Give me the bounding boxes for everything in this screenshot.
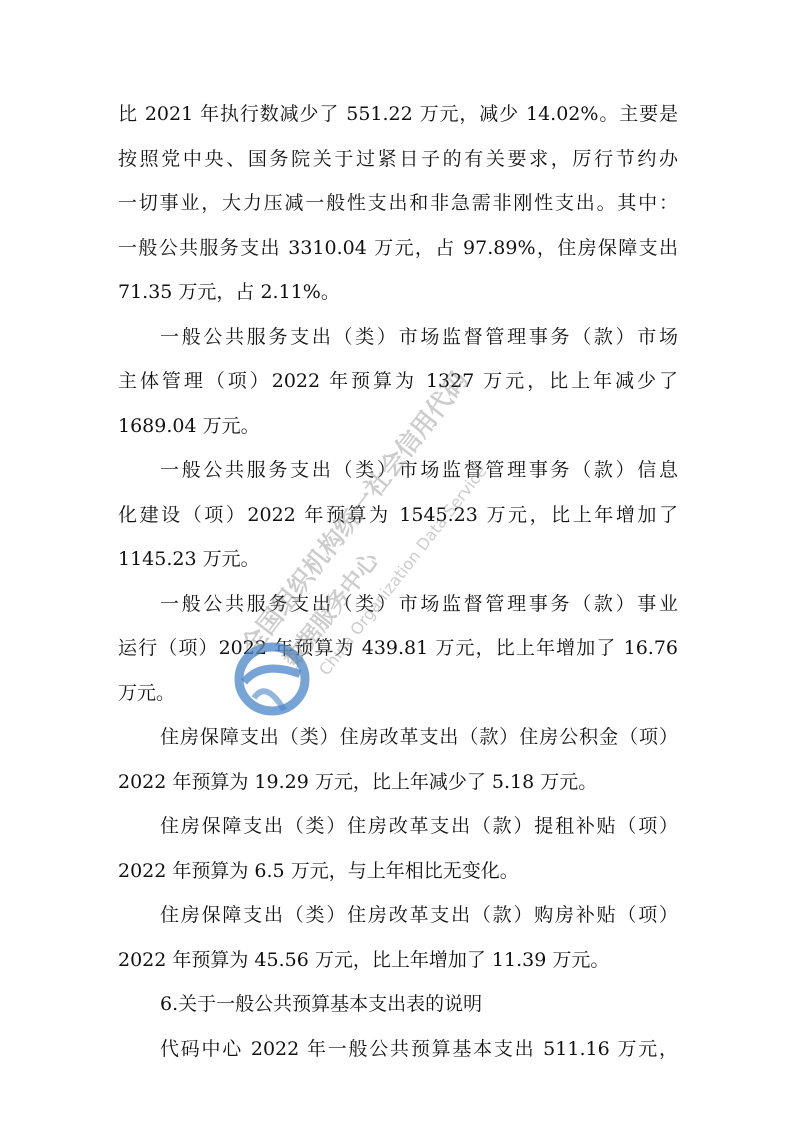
text-line-2: 按照党中央、国务院关于过紧日子的有关要求，厉行节约办 bbox=[118, 146, 678, 172]
text-line-21: 6.关于一般公共预算基本支出表的说明 bbox=[160, 991, 678, 1017]
text-line-20: 2022 年预算为 45.56 万元，比上年增加了 11.39 万元。 bbox=[118, 947, 678, 973]
text-line-15: 住房保障支出（类）住房改革支出（款）住房公积金（项） bbox=[160, 724, 678, 750]
text-line-13: 运行（项）2022 年预算为 439.81 万元，比上年增加了 16.76 bbox=[118, 635, 678, 661]
text-line-16: 2022 年预算为 19.29 万元，比上年减少了 5.18 万元。 bbox=[118, 769, 678, 795]
text-line-5: 71.35 万元，占 2.11%。 bbox=[118, 279, 678, 305]
text-line-9: 一般公共服务支出（类）市场监督管理事务（款）信息 bbox=[160, 457, 678, 483]
text-line-10: 化建设（项）2022 年预算为 1545.23 万元，比上年增加了 bbox=[118, 502, 678, 528]
document-page: 比 2021 年执行数减少了 551.22 万元，减少 14.02%。主要是 按… bbox=[0, 0, 794, 1123]
text-line-1: 比 2021 年执行数减少了 551.22 万元，减少 14.02%。主要是 bbox=[118, 101, 678, 127]
text-line-19: 住房保障支出（类）住房改革支出（款）购房补贴（项） bbox=[160, 902, 678, 928]
text-line-11: 1145.23 万元。 bbox=[118, 546, 678, 572]
text-line-8: 1689.04 万元。 bbox=[118, 413, 678, 439]
text-line-14: 万元。 bbox=[118, 680, 678, 706]
text-line-17: 住房保障支出（类）住房改革支出（款）提租补贴（项） bbox=[160, 813, 678, 839]
text-line-4: 一般公共服务支出 3310.04 万元，占 97.89%，住房保障支出 bbox=[118, 235, 678, 261]
text-line-18: 2022 年预算为 6.5 万元，与上年相比无变化。 bbox=[118, 858, 678, 884]
text-line-3: 一切事业，大力压减一般性支出和非急需非刚性支出。其中： bbox=[118, 190, 678, 216]
text-line-6: 一般公共服务支出（类）市场监督管理事务（款）市场 bbox=[160, 324, 678, 350]
text-line-7: 主体管理（项）2022 年预算为 1327 万元，比上年减少了 bbox=[118, 368, 678, 394]
text-line-12: 一般公共服务支出（类）市场监督管理事务（款）事业 bbox=[160, 591, 678, 617]
text-line-22: 代码中心 2022 年一般公共预算基本支出 511.16 万元， bbox=[160, 1036, 678, 1062]
